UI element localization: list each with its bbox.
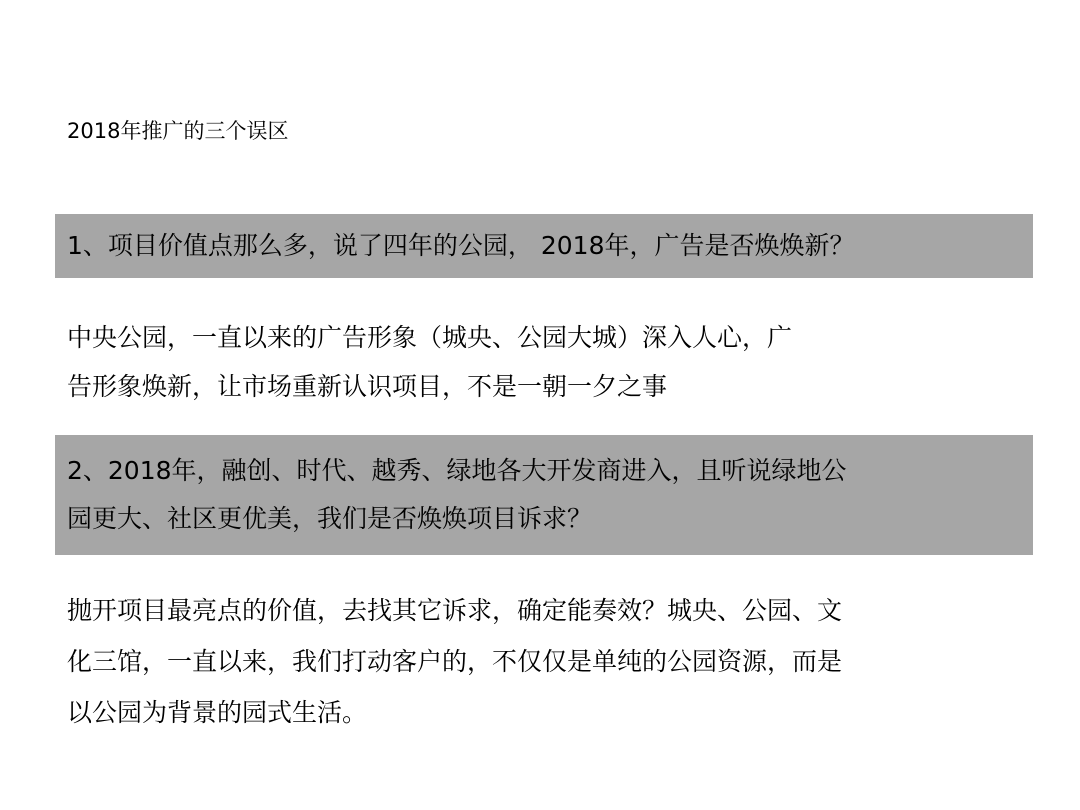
answer-1-line-1: 中央公园，一直以来的广告形象（城央、公园大城）深入人心，广	[67, 313, 1027, 362]
question-2-line-1: 2、2018年，融创、时代、越秀、绿地各大开发商进入，且听说绿地公	[67, 447, 1023, 495]
answer-2: 抛开项目最亮点的价值，去找其它诉求，确定能奏效？城央、公园、文 化三馆，一直以来…	[67, 585, 1027, 738]
answer-2-line-1: 抛开项目最亮点的价值，去找其它诉求，确定能奏效？城央、公园、文	[67, 585, 1027, 636]
question-1-line-1: 1、项目价值点那么多，说了四年的公园， 2018年，广告是否焕焕新？	[67, 222, 854, 270]
answer-2-line-3: 以公园为背景的园式生活。	[67, 687, 1027, 738]
question-2-text: 2、2018年，融创、时代、越秀、绿地各大开发商进入，且听说绿地公 园更大、社区…	[67, 447, 1023, 543]
question-box-2: 2、2018年，融创、时代、越秀、绿地各大开发商进入，且听说绿地公 园更大、社区…	[55, 435, 1033, 555]
answer-2-line-2: 化三馆，一直以来，我们打动客户的，不仅仅是单纯的公园资源，而是	[67, 636, 1027, 687]
answer-1: 中央公园，一直以来的广告形象（城央、公园大城）深入人心，广 告形象焕新，让市场重…	[67, 313, 1027, 411]
question-2-line-2: 园更大、社区更优美，我们是否焕焕项目诉求？	[67, 495, 1023, 543]
question-box-1: 1、项目价值点那么多，说了四年的公园， 2018年，广告是否焕焕新？	[55, 214, 1033, 278]
question-1-text: 1、项目价值点那么多，说了四年的公园， 2018年，广告是否焕焕新？	[67, 222, 854, 270]
slide-title: 2018年推广的三个误区	[67, 116, 288, 146]
answer-1-line-2: 告形象焕新，让市场重新认识项目，不是一朝一夕之事	[67, 362, 1027, 411]
